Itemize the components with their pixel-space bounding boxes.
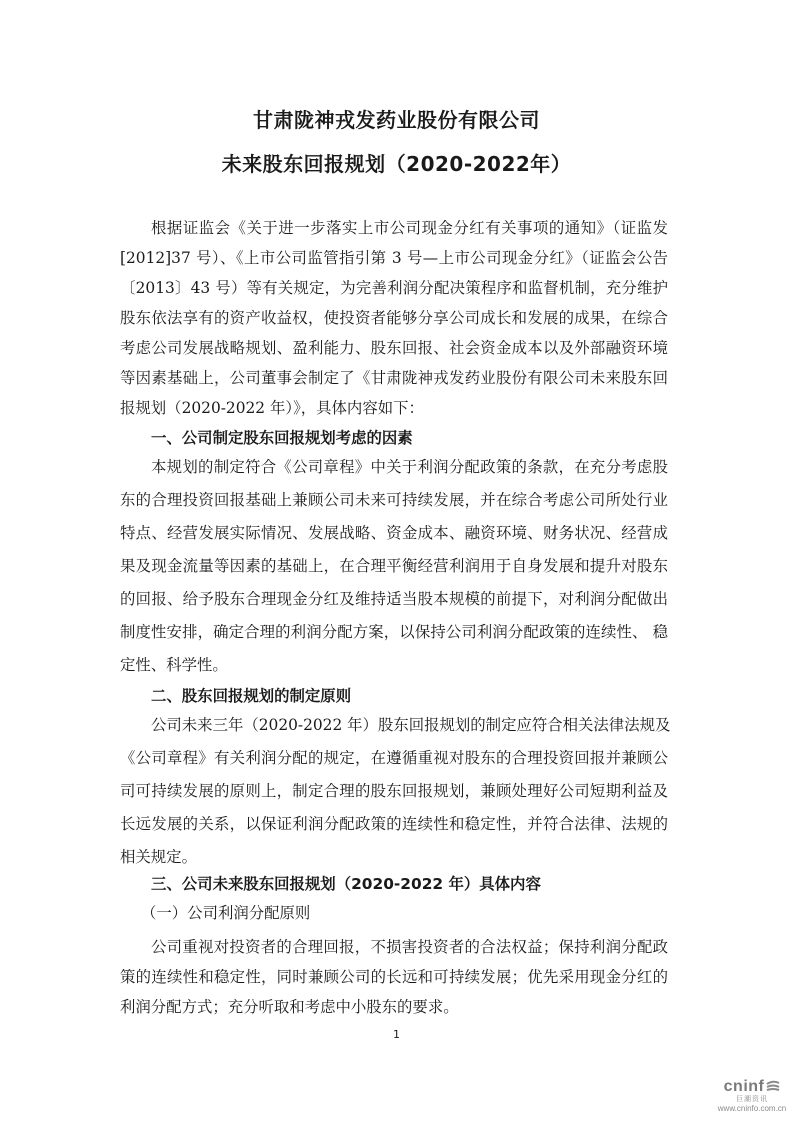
paragraph-line: 的回报、给予股东合理现金分红及维持适当股本规模的前提下，对利润分配做出 [120,589,668,609]
subsection-heading: （一）公司利润分配原则 [141,903,310,923]
paragraph-line: 考虑公司发展战略规划、盈利能力、股东回报、社会资金成本以及外部融资环境 [120,338,668,358]
watermark-brand-text: cninf [724,1078,765,1095]
cninfo-watermark: cninf 巨潮资讯 www.cninfo.com.cn [712,1078,792,1113]
section-heading-2: 二、股东回报规划的制定原则 [151,686,351,706]
section-heading-3: 三、公司未来股东回报规划（2020-2022 年）具体内容 [151,874,541,894]
paragraph-line: 特点、经营发展实际情况、发展战略、资金成本、融资环境、财务状况、经营成 [120,523,668,543]
page-number: 1 [0,1028,793,1041]
paragraph-line: [2012]37 号）、《上市公司监管指引第 3 号—上市公司现金分红》（证监会… [120,248,668,268]
section-heading-1: 一、公司制定股东回报规划考虑的因素 [151,428,413,448]
paragraph-line: 策的连续性和稳定性，同时兼顾公司的长远和可持续发展；优先采用现金分红的 [120,967,668,987]
document-page: 甘肃陇神戎发药业股份有限公司 未来股东回报规划（2020-2022年） 根据证监… [0,0,793,1122]
paragraph-line: 长远发展的关系，以保证利润分配政策的连续性和稳定性，并符合法律、法规的 [120,814,668,834]
document-title-plan: 未来股东回报规划（2020-2022年） [0,148,793,177]
paragraph-line: 股东依法享有的资产收益权，使投资者能够分享公司成长和发展的成果，在综合 [120,308,668,328]
paragraph-line: 定性、科学性。 [120,655,668,675]
paragraph-line: 根据证监会《关于进一步落实上市公司现金分红有关事项的通知》（证监发 [151,218,668,238]
paragraph-line: 公司重视对投资者的合理回报，不损害投资者的合法权益；保持利润分配政 [151,937,668,957]
paragraph-line: 等因素基础上，公司董事会制定了《甘肃陇神戎发药业股份有限公司未来股东回 [120,368,668,388]
paragraph-line: 报规划（2020-2022 年）》，具体内容如下： [120,398,668,418]
cninfo-logo-icon [766,1080,780,1092]
paragraph-line: 制度性安排，确定合理的利润分配方案，以保持公司利润分配政策的连续性、 稳 [120,622,668,642]
watermark-url: www.cninfo.com.cn [712,1104,792,1113]
paragraph-line: 《公司章程》有关利润分配的规定，在遵循重视对股东的合理投资回报并兼顾公 [120,748,668,768]
paragraph-line: 利润分配方式；充分听取和考虑中小股东的要求。 [120,997,668,1017]
paragraph-line: 果及现金流量等因素的基础上，在合理平衡经营利润用于自身发展和提升对股东 [120,556,668,576]
paragraph-line: 相关规定。 [120,847,668,867]
paragraph-line: 公司未来三年（2020-2022 年）股东回报规划的制定应符合相关法律法规及 [151,715,668,735]
paragraph-line: 本规划的制定符合《公司章程》中关于利润分配政策的条款，在充分考虑股 [151,457,668,477]
paragraph-line: 〔2013〕43 号）等有关规定，为完善利润分配决策程序和监督机制，充分维护 [120,278,668,298]
document-title-company: 甘肃陇神戎发药业股份有限公司 [0,104,793,133]
paragraph-line: 东的合理投资回报基础上兼顾公司未来可持续发展，并在综合考虑公司所处行业 [120,490,668,510]
paragraph-line: 司可持续发展的原则上，制定合理的股东回报规划，兼顾处理好公司短期利益及 [120,781,668,801]
